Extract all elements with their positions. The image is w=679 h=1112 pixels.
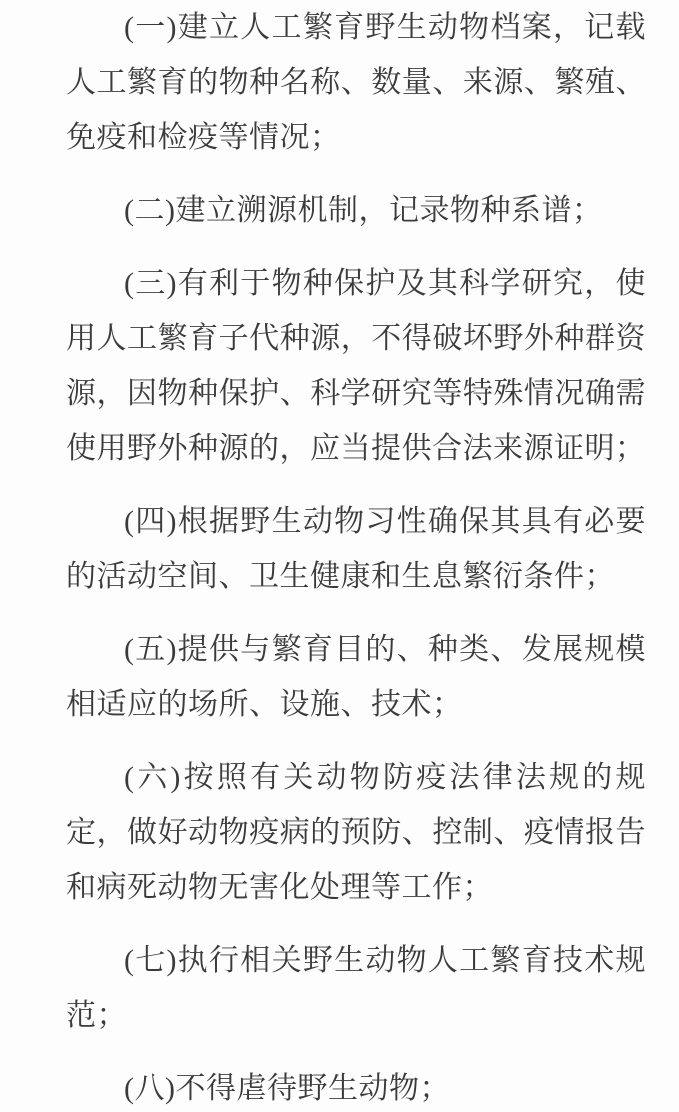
paragraph-item-3: (三)有利于物种保护及其科学研究，使用人工繁育子代种源，不得破坏野外种群资源，因… bbox=[66, 256, 646, 476]
paragraph-item-2: (二)建立溯源机制，记录物种系谱； bbox=[66, 183, 646, 238]
paragraph-item-1: (一)建立人工繁育野生动物档案，记载人工繁育的物种名称、数量、来源、繁殖、免疫和… bbox=[66, 0, 646, 165]
paragraph-item-6: (六)按照有关动物防疫法律法规的规定，做好动物疫病的预防、控制、疫情报告和病死动… bbox=[66, 750, 646, 915]
paragraph-item-7: (七)执行相关野生动物人工繁育技术规范； bbox=[66, 933, 646, 1043]
paragraph-item-8: (八)不得虐待野生动物； bbox=[66, 1061, 646, 1112]
paragraph-item-4: (四)根据野生动物习性确保其具有必要的活动空间、卫生健康和生息繁衍条件； bbox=[66, 494, 646, 604]
paragraph-item-5: (五)提供与繁育目的、种类、发展规模相适应的场所、设施、技术； bbox=[66, 622, 646, 732]
document-page: (一)建立人工繁育野生动物档案，记载人工繁育的物种名称、数量、来源、繁殖、免疫和… bbox=[0, 0, 679, 1112]
